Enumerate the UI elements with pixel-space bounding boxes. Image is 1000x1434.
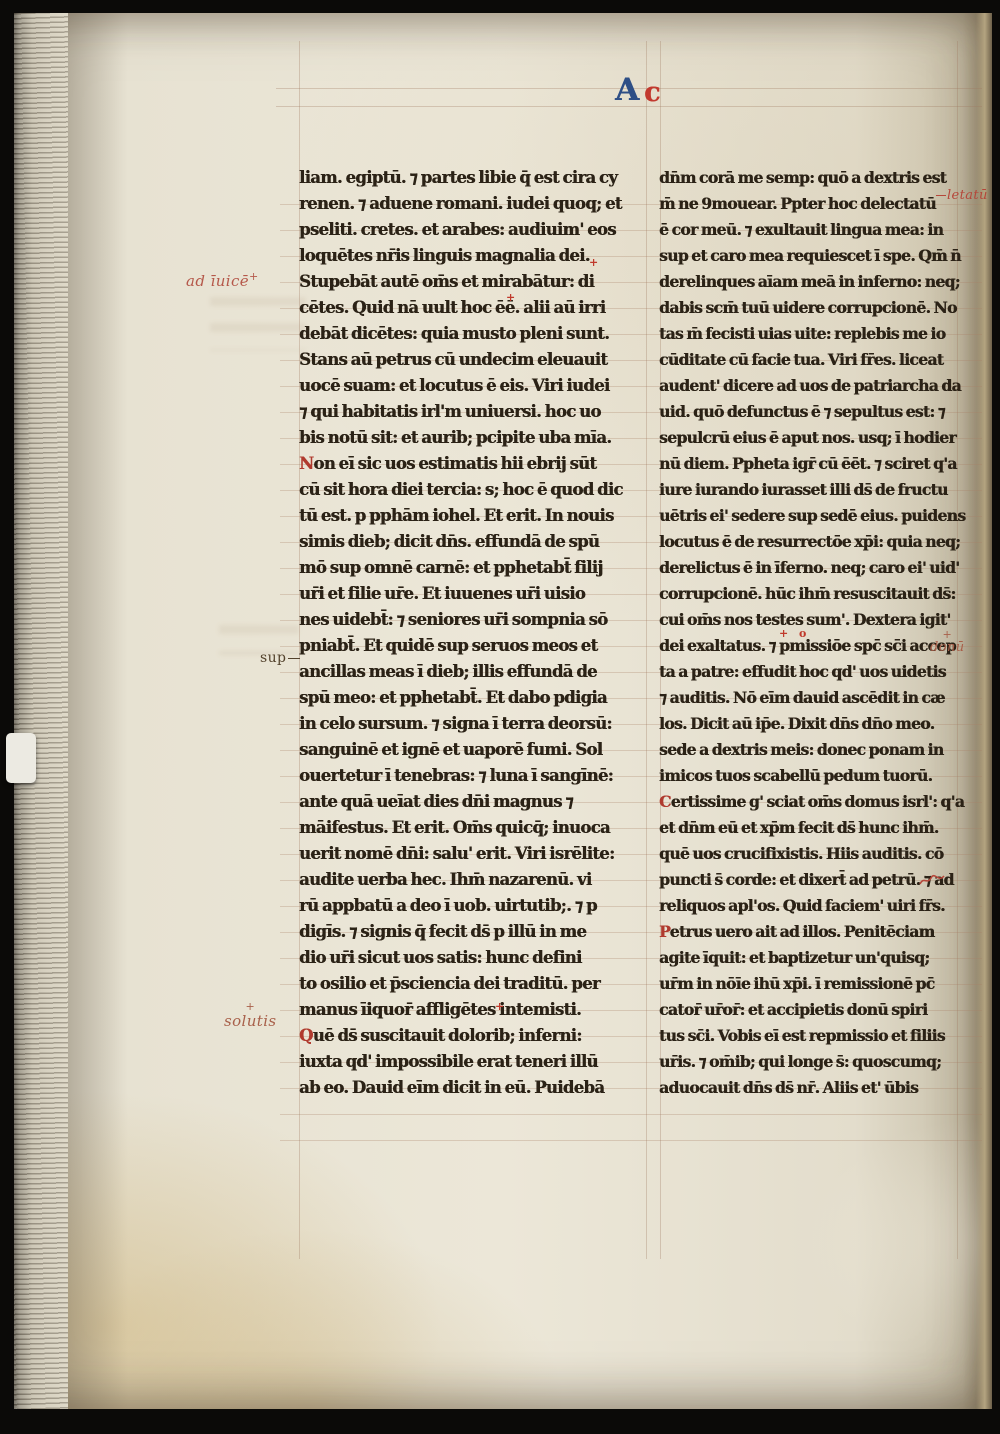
manuscript-line: māifestus. Et erit. Om̄s quicq̄; inuoca [299,814,647,841]
manuscript-line: ab eo. Dauid eīm dicit in eū. Puidebā [299,1074,647,1101]
manuscript-line: cētes. Quid nā uult hoc ēē. alii aū irri [299,294,647,321]
margin-note-solutis: + solutis [224,1002,277,1030]
running-header: A c [612,72,682,112]
rubricated-initial: N [299,454,313,474]
manuscript-line: Non eī sic uos estimatis hii ebrij sūt [299,450,647,477]
margin-note-text: donū [930,640,965,655]
margin-note-text: solutis [224,1012,277,1030]
manuscript-line: sup et caro mea requiescet ī spe. Qm̄ n̄ [659,242,968,269]
margin-note-text: letatū [947,188,988,203]
manuscript-line: ta a patre: effudit hoc qd' uos uidetis [659,658,968,685]
manuscript-line: uid. quō defunctus ē ⁊ sepultus est: ⁊ [659,398,968,425]
interlinear-cross-mark: + [779,629,788,639]
manuscript-line: locutus ē de resurrectōe xp̄i: quia neq; [659,528,968,555]
manuscript-line: ouertetur ī tenebras: ⁊ luna ī sangīnē: [299,762,647,789]
manuscript-line: cū sit hora diei tercia: s; hoc ē quod d… [299,476,647,503]
manuscript-line: Stupebāt autē om̄s et mirabātur: di [299,268,647,295]
manuscript-line: tas m̄ fecisti uias uite: replebis me io [659,320,968,347]
manuscript-line: nes uidebt̄: ⁊ seniores ur̄i sompnia sō [299,606,647,633]
manuscript-line: Certissime g' sciat om̄s domus isrl': q'… [659,788,968,815]
manuscript-line: ancillas meas ī dieb; illis effundā de [299,658,647,685]
interlinear-cross-mark: + [495,1002,504,1012]
manuscript-line: sepulcrū eius ē aput nos. usq; ī hodier [659,424,968,451]
manuscript-line: dio ur̄i sicut uos satis: hunc defini [299,944,647,971]
manuscript-line: ē cor meū. ⁊ exultauit lingua mea: in [659,216,968,243]
manuscript-line: audent' dicere ad uos de patriarcha da [659,372,968,399]
manuscript-line: uocē suam: et locutus ē eis. Viri iudei [299,372,647,399]
spine-shadow [68,13,128,1409]
cross-mark-icon: + [224,1002,277,1012]
cross-mark-icon: + [249,270,259,283]
verso-show-through [210,297,306,351]
rubricated-initial: P [659,922,670,942]
manuscript-line: derelictus ē in īferno. neq; caro ei' ui… [659,554,968,581]
manuscript-line: debāt dicētes: quia musto pleni sunt. [299,320,647,347]
interlinear-cross-mark: + [506,293,515,303]
manuscript-line: los. Dicit aū ip̄e. Dixit dn̄s dn̄o meo. [659,710,968,737]
manuscript-line: uerit nomē dn̄i: salu' erit. Viri isrēli… [299,840,647,867]
text-column-left: liam. egiptū. ⁊ partes libie q̄ est cira… [299,165,647,1103]
book-page-edges [14,13,68,1409]
manuscript-line: ur̄is. ⁊ om̄ib; qui longe s̄: quoscumq; [659,1048,968,1075]
manuscript-line: et dn̄m eū et xp̄m fecit ds̄ hunc ihm̄. [659,814,968,841]
manuscript-line: corrupcionē. hūc ihm̄ resuscitauit ds̄: [659,580,968,607]
interlinear-cross-mark: o [799,629,806,639]
manuscript-line: iure iurando iurasset illi ds̄ de fructu [659,476,968,503]
manuscript-line: rū appbatū a deo ī uob. uirtutib;. ⁊ p [299,892,647,919]
manuscript-line: agite īquit: et baptizetur un'quisq; [659,944,968,971]
manuscript-line: dn̄m corā me semp: quō a dextris est [659,165,968,192]
manuscript-line: to osilio et p̄sciencia dei traditū. per [299,970,647,997]
manuscript-line: nū diem. Ppheta igr̄ cū ēēt. ⁊ sciret q'… [659,450,968,477]
manuscript-line: sanguinē et ignē et uaporē fumi. Sol [299,736,647,763]
manuscript-line: derelinques aīam meā in inferno: neq; [659,268,968,295]
manuscript-line: aduocauit dn̄s ds̄ nr̄. Aliis et' ūbis [659,1074,968,1101]
margin-note-sup: sup [260,650,300,666]
margin-squiggle-mark-icon [918,872,946,888]
manuscript-line: dabis scm̄ tuū uidere corrupcionē. No [659,294,968,321]
manuscript-line: spū meo: et pphetabt̄. Et dabo pdigia [299,684,647,711]
running-header-letter-a: A [615,72,639,108]
manuscript-line: iuxta qd' impossibile erat teneri illū [299,1048,647,1075]
manuscript-line: mō sup omnē carnē: et pphetabt̄ filij [299,554,647,581]
manuscript-line: Petrus uero ait ad illos. Penitēciam [659,918,968,945]
manuscript-line: Stans aū petrus cū undecim eleuauit [299,346,647,373]
margin-note-letatu: letatū [936,188,988,203]
text-column-right: dn̄m corā me semp: quō a dextris estm̄ n… [659,165,968,1103]
manuscript-line: audite uerba hec. Ihm̄ nazarenū. vi [299,866,647,893]
vellum-index-tab [6,733,36,783]
manuscript-line: ante quā ueīat dies dn̄i magnus ⁊ [299,788,647,815]
manuscript-line: liam. egiptū. ⁊ partes libie q̄ est cira… [299,165,647,192]
manuscript-line: renen. ⁊ aduene romani. iudei quoq; et [299,190,647,217]
manuscript-line: tū est. p pphām iohel. Et erit. In nouis [299,502,647,529]
manuscript-line: sede a dextris meis: donec ponam in [659,736,968,763]
margin-note-donu: + donū [930,630,965,655]
running-header-letter-c: c [644,77,660,108]
margin-note-text: sup [260,650,286,666]
manuscript-line: quē uos crucifixistis. Hiis auditis. cō [659,840,968,867]
note-connector-line [936,195,946,197]
interlinear-cross-mark: + [589,258,598,268]
cross-mark-icon: + [930,630,965,640]
manuscript-line: ⁊ qui habitatis irl'm uniuersi. hoc uo [299,398,647,425]
manuscript-line: Quē ds̄ suscitauit dolorib; inferni: [299,1022,647,1049]
manuscript-line: m̄ ne 9mouear. Ppter hoc delectatū [659,190,968,217]
manuscript-line: simis dieb; dicit dn̄s. effundā de spū [299,528,647,555]
manuscript-line: bis notū sit: et aurib; pcipite uba mīa. [299,424,647,451]
manuscript-line: reliquos apl'os. Quid faciem' uiri fr̄s. [659,892,968,919]
manuscript-line: ⁊ auditis. Nō eīm dauid ascēdit in cæ [659,684,968,711]
rubricated-initial: C [659,792,671,812]
manuscript-line: cator̄ ur̄or̄: et accipietis donū spiri [659,996,968,1023]
manuscript-line: pseliti. cretes. et arabes: audiuim' eos [299,216,647,243]
manuscript-line: imicos tuos scabellū pedum tuorū. [659,762,968,789]
rubricated-initial: Q [299,1026,313,1046]
manuscript-photo: A c liam. egiptū. ⁊ partes libie q̄ est … [0,0,1000,1434]
margin-note-text: ad īuicē [186,272,249,290]
manuscript-line: pniabt̄. Et quidē sup seruos meos et [299,632,647,659]
manuscript-line: dei exaltatus. ⁊ pmissiōe spc̄ sc̄i acce… [659,632,968,659]
manuscript-line: cui om̄s nos testes sum'. Dextera igit' [659,606,968,633]
note-connector-line [288,658,300,659]
manuscript-line: ur̄i et filie ur̄e. Et iuuenes ur̄i uisi… [299,580,647,607]
manuscript-line: cūditate cū facie tua. Viri fr̄es. licea… [659,346,968,373]
manuscript-line: digīs. ⁊ signis q̄ fecit ds̄ p illū in m… [299,918,647,945]
manuscript-line: ur̄m in nōīe ihū xp̄i. ī remissionē pc̄ [659,970,968,997]
manuscript-line: in celo sursum. ⁊ signa ī terra deorsū: [299,710,647,737]
manuscript-line: tus sc̄i. Vobis eī est repmissio et fili… [659,1022,968,1049]
margin-note-ad-invicem: ad īuicē+ [186,270,259,290]
manuscript-line: uētris ei' sedere sup sedē eius. puidens [659,502,968,529]
manuscript-line: manus īiquor̄ affligētes intemisti. [299,996,647,1023]
